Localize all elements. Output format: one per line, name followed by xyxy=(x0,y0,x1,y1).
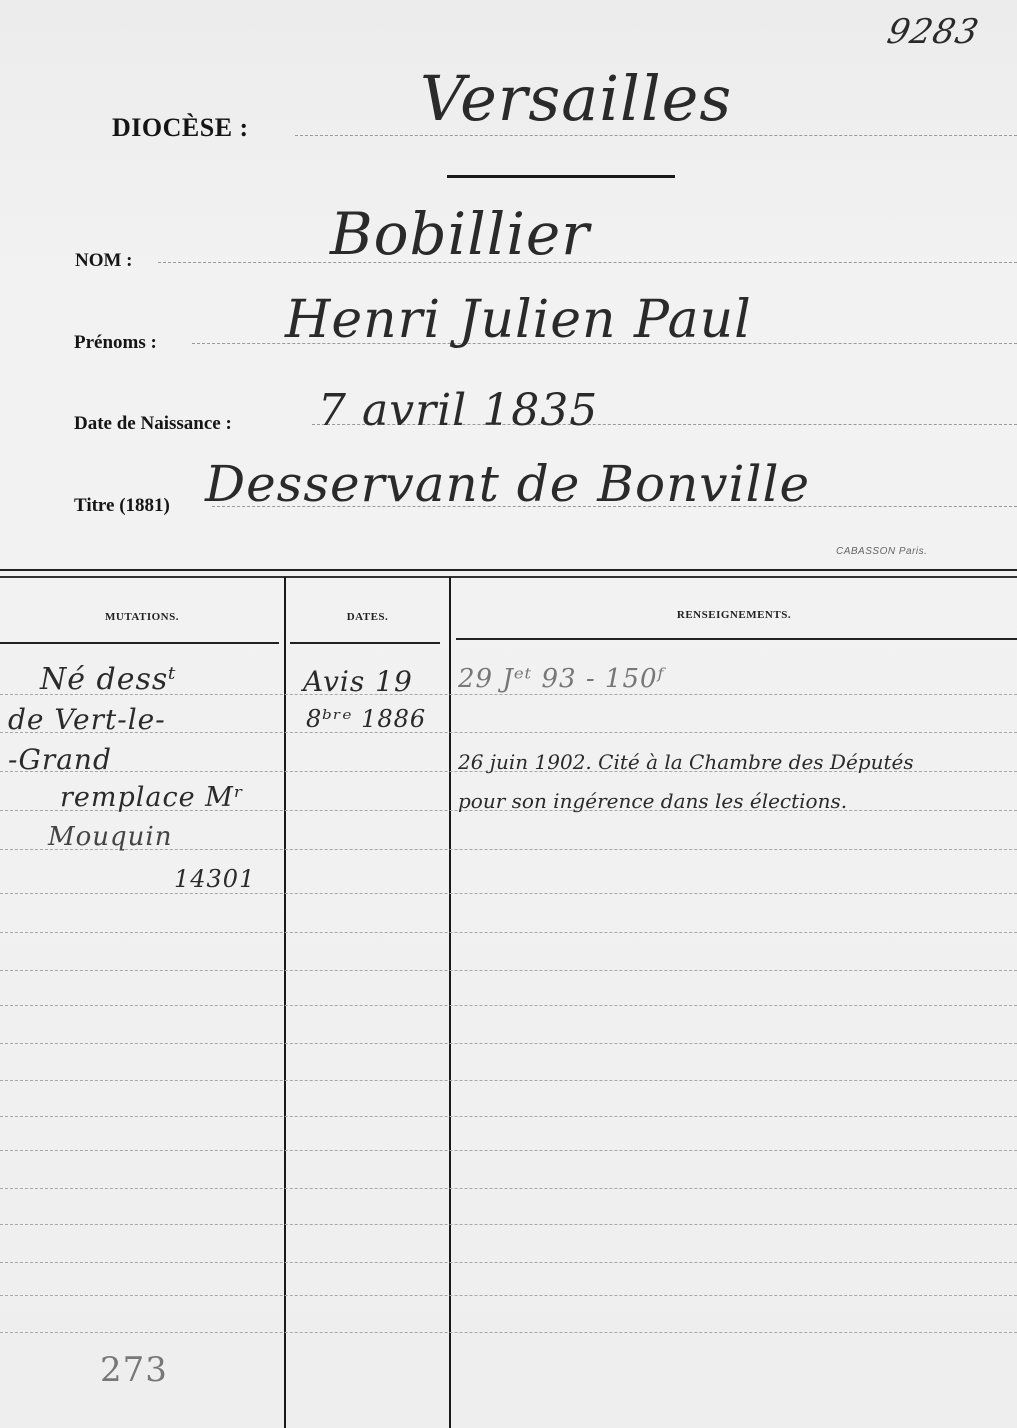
renseignement-line: 26 juin 1902. Cité à la Chambre des Dépu… xyxy=(458,750,914,774)
table-top-border xyxy=(0,569,1017,571)
mutation-line: de Vert-le- xyxy=(8,703,166,736)
table-top-border-2 xyxy=(0,576,1017,578)
archival-card: 9283 DIOCÈSE : Versailles NOM : Bobillie… xyxy=(0,0,1017,1428)
prenoms-label: Prénoms : xyxy=(74,332,157,354)
column-header-dates: DATES. xyxy=(286,611,449,623)
diocese-line xyxy=(295,135,1017,136)
diocese-separator xyxy=(447,175,675,178)
diocese-value: Versailles xyxy=(420,62,732,135)
column-header-renseignements: RENSEIGNEMENTS. xyxy=(451,609,1017,621)
column-divider-2 xyxy=(449,577,451,1428)
mutation-line: Mouquin xyxy=(48,822,172,852)
mutation-number: 14301 xyxy=(174,865,255,893)
printer-mark: CABASSON Paris. xyxy=(836,546,927,557)
mutation-line: remplace Mʳ xyxy=(60,782,244,813)
prenoms-value: Henri Julien Paul xyxy=(285,290,752,350)
mutation-line: -Grand xyxy=(8,743,112,776)
column-header-mutations: MUTATIONS. xyxy=(0,611,284,623)
renseignement-line: 29 Jᵉᵗ 93 - 150ᶠ xyxy=(458,664,665,694)
date-line: 8ᵇʳᵉ 1886 xyxy=(306,705,426,733)
card-number: 9283 xyxy=(884,12,983,52)
titre-label: Titre (1881) xyxy=(74,495,170,517)
date-line: Avis 19 xyxy=(303,665,413,698)
header-underline-dates xyxy=(290,642,440,644)
column-divider-1 xyxy=(284,577,286,1428)
titre-value: Desservant de Bonville xyxy=(205,455,810,513)
nom-label: NOM : xyxy=(75,250,133,272)
renseignement-line: pour son ingérence dans les élections. xyxy=(458,789,847,813)
header-underline-mutations xyxy=(0,642,279,644)
naissance-value: 7 avril 1835 xyxy=(318,385,598,436)
mutation-line: Né dessᵗ xyxy=(40,662,177,697)
naissance-label: Date de Naissance : xyxy=(74,413,232,435)
diocese-label: DIOCÈSE : xyxy=(112,113,249,143)
header-underline-renseignements xyxy=(456,638,1017,640)
nom-value: Bobillier xyxy=(330,200,590,268)
pencil-note: 273 xyxy=(100,1350,168,1390)
